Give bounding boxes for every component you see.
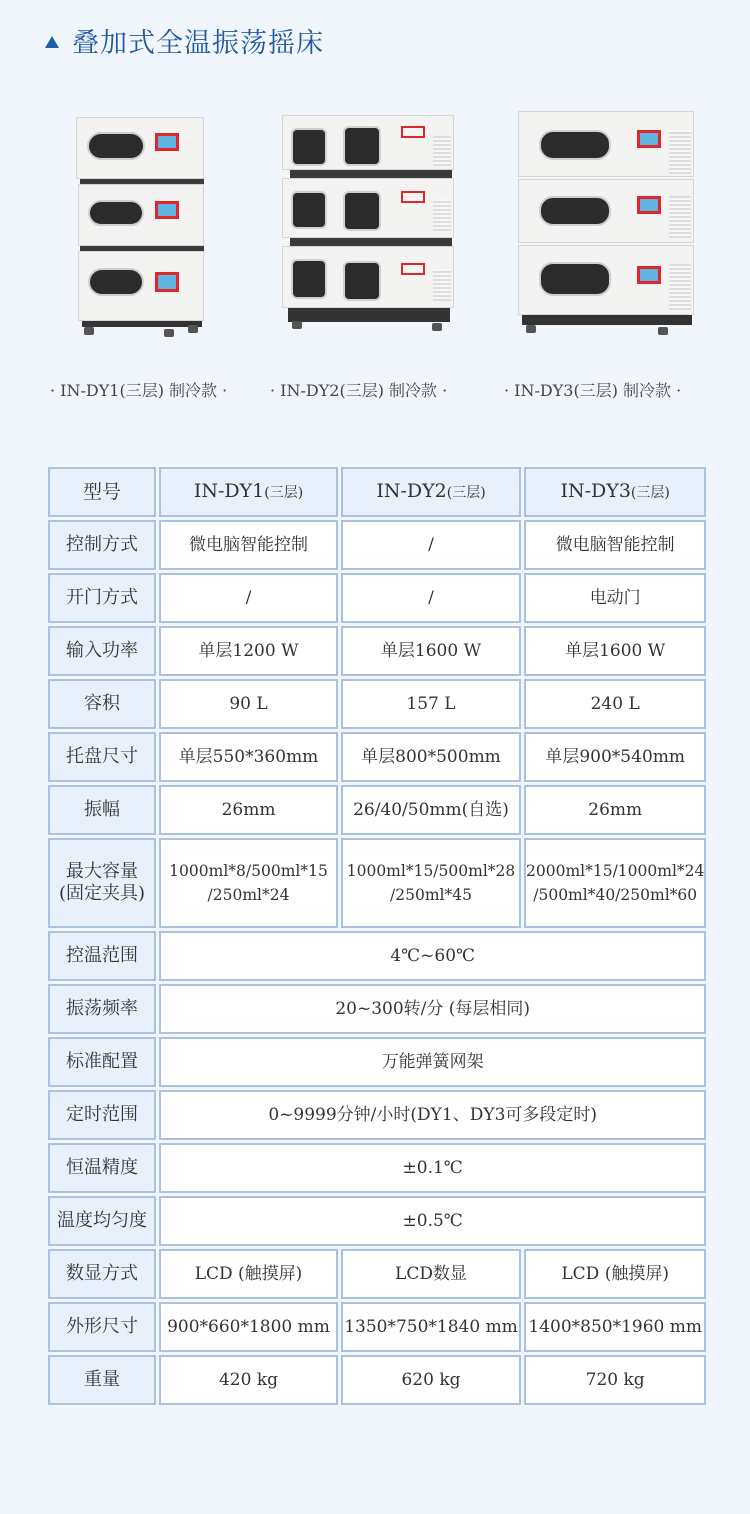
table-row-tray-size: 托盘尺寸 单层550*360mm 单层800*500mm 单层900*540mm: [48, 732, 706, 782]
table-cell: 90 L: [159, 679, 338, 729]
row-label: 振幅: [48, 785, 156, 835]
row-label: 开门方式: [48, 573, 156, 623]
table-cell: 单层1600 W: [341, 626, 521, 676]
table-cell: LCD数显: [341, 1249, 521, 1299]
table-cell: 1400*850*1960 mm: [524, 1302, 706, 1352]
table-cell: 单层1600 W: [524, 626, 706, 676]
table-cell-merged: 万能弹簧网架: [159, 1037, 706, 1087]
table-row-amplitude: 振幅 26mm 26/40/50mm(自选) 26mm: [48, 785, 706, 835]
table-row-frequency: 振荡频率 20~300转/分 (每层相同): [48, 984, 706, 1034]
table-cell: 微电脑智能控制: [524, 520, 706, 570]
table-cell: 单层550*360mm: [159, 732, 338, 782]
row-label: 输入功率: [48, 626, 156, 676]
table-cell-merged: ±0.5℃: [159, 1196, 706, 1246]
table-cell: 900*660*1800 mm: [159, 1302, 338, 1352]
table-header-row: 型号 IN-DY1(三层) IN-DY2(三层) IN-DY3(三层): [48, 467, 706, 517]
spec-table: 型号 IN-DY1(三层) IN-DY2(三层) IN-DY3(三层) 控制方式…: [45, 464, 709, 1408]
table-row-max-capacity: 最大容量(固定夹具) 1000ml*8/500ml*15/250ml*24 10…: [48, 838, 706, 928]
table-cell: 620 kg: [341, 1355, 521, 1405]
table-cell-merged: 20~300转/分 (每层相同): [159, 984, 706, 1034]
row-label: 定时范围: [48, 1090, 156, 1140]
table-row-display: 数显方式 LCD (触摸屏) LCD数显 LCD (触摸屏): [48, 1249, 706, 1299]
row-label: 控制方式: [48, 520, 156, 570]
table-cell: 1350*750*1840 mm: [341, 1302, 521, 1352]
triangle-up-icon: [45, 36, 59, 48]
table-row-door: 开门方式 / / 电动门: [48, 573, 706, 623]
table-cell: 单层900*540mm: [524, 732, 706, 782]
row-label: 标准配置: [48, 1037, 156, 1087]
table-cell: 240 L: [524, 679, 706, 729]
table-row-timer: 定时范围 0~9999分钟/小时(DY1、DY3可多段定时): [48, 1090, 706, 1140]
product-card-dy2: · IN-DY2(三层) 制冷款 ·: [270, 95, 470, 415]
table-cell: 720 kg: [524, 1355, 706, 1405]
product-caption-dy1: · IN-DY1(三层) 制冷款 ·: [50, 378, 227, 401]
table-cell: LCD (触摸屏): [159, 1249, 338, 1299]
row-label: 最大容量(固定夹具): [48, 838, 156, 928]
table-cell: 微电脑智能控制: [159, 520, 338, 570]
table-row-weight: 重量 420 kg 620 kg 720 kg: [48, 1355, 706, 1405]
section-header: 叠加式全温振荡摇床: [45, 22, 324, 58]
table-cell-merged: 4℃~60℃: [159, 931, 706, 981]
table-cell: 26mm: [524, 785, 706, 835]
product-image-dy2: [282, 115, 454, 337]
header-model-dy2: IN-DY2(三层): [341, 467, 521, 517]
table-row-temp-accuracy: 恒温精度 ±0.1℃: [48, 1143, 706, 1193]
table-cell: /: [341, 520, 521, 570]
row-label: 振荡频率: [48, 984, 156, 1034]
table-cell: 26/40/50mm(自选): [341, 785, 521, 835]
row-label: 容积: [48, 679, 156, 729]
table-row-volume: 容积 90 L 157 L 240 L: [48, 679, 706, 729]
table-row-temp-uniformity: 温度均匀度 ±0.5℃: [48, 1196, 706, 1246]
table-cell: 420 kg: [159, 1355, 338, 1405]
table-row-standard-config: 标准配置 万能弹簧网架: [48, 1037, 706, 1087]
row-label: 控温范围: [48, 931, 156, 981]
table-cell: 157 L: [341, 679, 521, 729]
row-label: 外形尺寸: [48, 1302, 156, 1352]
row-label: 数显方式: [48, 1249, 156, 1299]
table-cell: 单层1200 W: [159, 626, 338, 676]
table-cell: 1000ml*15/500ml*28/250ml*45: [341, 838, 521, 928]
row-label: 重量: [48, 1355, 156, 1405]
table-cell: /: [159, 573, 338, 623]
table-cell-merged: 0~9999分钟/小时(DY1、DY3可多段定时): [159, 1090, 706, 1140]
section-title: 叠加式全温振荡摇床: [72, 21, 324, 60]
table-cell: /: [341, 573, 521, 623]
product-image-dy3: [518, 111, 694, 339]
table-cell: 26mm: [159, 785, 338, 835]
product-image-dy1: [76, 117, 206, 339]
table-row-temp-range: 控温范围 4℃~60℃: [48, 931, 706, 981]
table-cell: LCD (触摸屏): [524, 1249, 706, 1299]
table-cell: 单层800*500mm: [341, 732, 521, 782]
table-cell: 2000ml*15/1000ml*24/500ml*40/250ml*60: [524, 838, 706, 928]
table-row-power: 输入功率 单层1200 W 单层1600 W 单层1600 W: [48, 626, 706, 676]
row-label: 托盘尺寸: [48, 732, 156, 782]
row-label: 温度均匀度: [48, 1196, 156, 1246]
header-label: 型号: [48, 467, 156, 517]
table-cell: 电动门: [524, 573, 706, 623]
header-model-dy3: IN-DY3(三层): [524, 467, 706, 517]
product-caption-dy3: · IN-DY3(三层) 制冷款 ·: [504, 378, 681, 401]
product-card-dy1: · IN-DY1(三层) 制冷款 ·: [48, 95, 248, 415]
table-cell-merged: ±0.1℃: [159, 1143, 706, 1193]
product-card-dy3: · IN-DY3(三层) 制冷款 ·: [500, 95, 710, 415]
row-label: 恒温精度: [48, 1143, 156, 1193]
product-gallery: · IN-DY1(三层) 制冷款 ·: [0, 95, 750, 415]
table-cell: 1000ml*8/500ml*15/250ml*24: [159, 838, 338, 928]
product-caption-dy2: · IN-DY2(三层) 制冷款 ·: [270, 378, 447, 401]
table-row-dimensions: 外形尺寸 900*660*1800 mm 1350*750*1840 mm 14…: [48, 1302, 706, 1352]
header-model-dy1: IN-DY1(三层): [159, 467, 338, 517]
table-row-control: 控制方式 微电脑智能控制 / 微电脑智能控制: [48, 520, 706, 570]
